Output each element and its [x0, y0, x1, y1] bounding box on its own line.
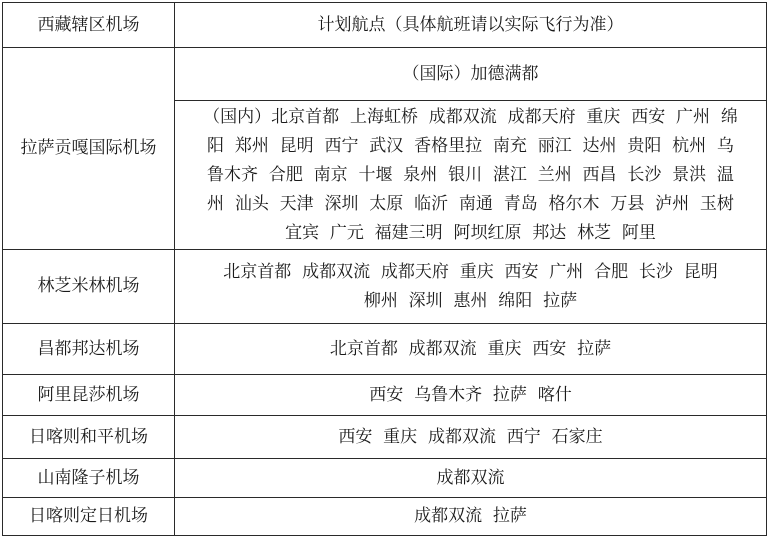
route-line: 州 汕头 天津 深圳 太原 临沂 南通 青岛 格尔木 万县 泸州 玉树 — [185, 190, 756, 219]
routes: 北京首都 成都双流 重庆 西安 拉萨 — [175, 324, 767, 375]
airport-name: 拉萨贡嘎国际机场 — [3, 48, 175, 250]
header-row: 西藏辖区机场 计划航点（具体航班请以实际飞行为准） — [3, 3, 767, 48]
table-row: 日喀则和平机场 西安 重庆 成都双流 西宁 石家庄 — [3, 416, 767, 459]
route-line: 北京首都 成都双流 重庆 西安 拉萨 — [330, 339, 611, 359]
header-airport: 西藏辖区机场 — [3, 3, 175, 48]
routes: 成都双流 — [175, 459, 767, 498]
table-row: 林芝米林机场 北京首都 成都双流 成都天府 重庆 西安 广州 合肥 长沙 昆明 … — [3, 250, 767, 324]
table-row: 拉萨贡嘎国际机场 （国际）加德满都 — [3, 48, 767, 101]
routes: 西安 乌鲁木齐 拉萨 喀什 — [175, 375, 767, 416]
airport-name: 林芝米林机场 — [3, 250, 175, 324]
routes: 北京首都 成都双流 成都天府 重庆 西安 广州 合肥 长沙 昆明 柳州 深圳 惠… — [175, 250, 767, 324]
route-line: 北京首都 成都双流 成都天府 重庆 西安 广州 合肥 长沙 昆明 — [185, 258, 756, 287]
domestic-routes: （国内）北京首都 上海虹桥 成都双流 成都天府 重庆 西安 广州 绵 阳 郑州 … — [175, 101, 767, 250]
airport-routes-table: 西藏辖区机场 计划航点（具体航班请以实际飞行为准） 拉萨贡嘎国际机场 （国际）加… — [2, 2, 767, 536]
route-line: 宜宾 广元 福建三明 阿坝红原 邦达 林芝 阿里 — [185, 219, 756, 248]
route-line: 西安 乌鲁木齐 拉萨 喀什 — [369, 385, 571, 405]
route-line: 阳 郑州 昆明 西宁 武汉 香格里拉 南充 丽江 达州 贵阳 杭州 乌 — [185, 132, 756, 161]
table-row: 昌都邦达机场 北京首都 成都双流 重庆 西安 拉萨 — [3, 324, 767, 375]
routes: 西安 重庆 成都双流 西宁 石家庄 — [175, 416, 767, 459]
international-routes: （国际）加德满都 — [175, 48, 767, 101]
route-line: 柳州 深圳 惠州 绵阳 拉萨 — [185, 287, 756, 316]
route-line: 成都双流 — [437, 468, 505, 488]
airport-name: 阿里昆莎机场 — [3, 375, 175, 416]
airport-name: 山南隆子机场 — [3, 459, 175, 498]
route-line: 西安 重庆 成都双流 西宁 石家庄 — [338, 427, 602, 447]
airport-name: 昌都邦达机场 — [3, 324, 175, 375]
routes: 成都双流 拉萨 — [175, 498, 767, 536]
route-line: （国内）北京首都 上海虹桥 成都双流 成都天府 重庆 西安 广州 绵 — [185, 103, 756, 132]
table-row: 山南隆子机场 成都双流 — [3, 459, 767, 498]
route-line: 成都双流 拉萨 — [414, 506, 527, 526]
table-row: 日喀则定日机场 成都双流 拉萨 — [3, 498, 767, 536]
table-row: 阿里昆莎机场 西安 乌鲁木齐 拉萨 喀什 — [3, 375, 767, 416]
airport-name: 日喀则和平机场 — [3, 416, 175, 459]
airport-name: 日喀则定日机场 — [3, 498, 175, 536]
header-routes: 计划航点（具体航班请以实际飞行为准） — [175, 3, 767, 48]
route-line: 鲁木齐 合肥 南京 十堰 泉州 银川 湛江 兰州 西昌 长沙 景洪 温 — [185, 161, 756, 190]
